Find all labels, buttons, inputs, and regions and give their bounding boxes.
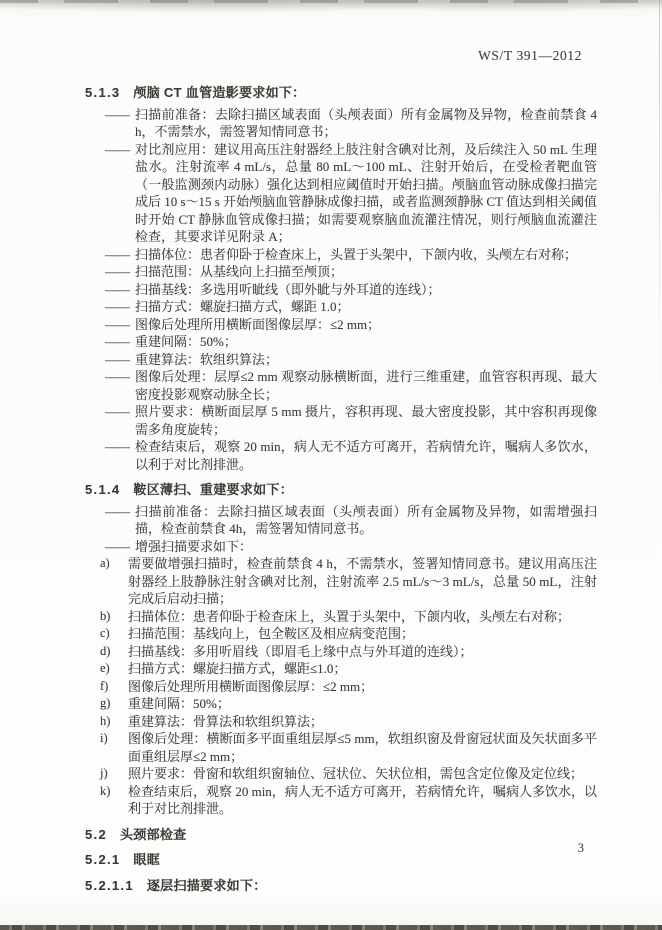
list-item: j)照片要求：骨窗和软组织窗轴位、冠状位、矢状位相，需包含定位像及定位线； [100,765,597,783]
item-text: 重建算法：软组织算法； [135,352,278,367]
dash-bullet: —— [105,538,129,556]
clause-number: 5.1.3 [85,85,120,100]
item-text: 检查结束后，观察 20 min，病人无不适方可离开，若病情允许，嘱病人多饮水，以… [128,784,597,817]
clause-title: 鞍区薄扫、重建要求如下： [133,482,293,497]
dash-bullet: —— [105,106,129,124]
list-item: ——扫描前准备：去除扫描区域表面（头颅表面）所有金属物及异物，如需增强扫描，检查… [105,503,597,538]
letter-label: d) [100,643,110,661]
letter-label: e) [100,660,110,678]
dash-bullet: —— [105,403,129,421]
dash-bullet: —— [105,246,129,264]
scanned-document-page: WS/T 391—2012 5.1.3颅脑 CT 血管造影要求如下：——扫描前准… [0,0,662,930]
list-item: ——照片要求：横断面层厚 5 mm 摄片，容积再现、最大密度投影，其中容积再现像… [105,403,597,438]
letter-label: g) [100,695,110,713]
clause-number: 5.2.1 [85,852,120,867]
clause-title: 颅脑 CT 血管造影要求如下： [133,85,305,100]
list-item: ——检查结束后，观察 20 min，病人无不适方可离开，若病情允许，嘱病人多饮水… [105,438,597,473]
dash-bullet: —— [105,263,129,281]
clause-heading: 5.2.1.1逐层扫描要求如下： [85,877,597,895]
dash-bullet: —— [105,141,129,159]
clause-number: 5.2.1.1 [85,878,134,893]
letter-label: a) [100,555,110,573]
page-header: WS/T 391—2012 [0,48,662,64]
list-item: ——扫描范围：从基线向上扫描至颅顶； [105,263,597,281]
list-item: f)图像后处理所用横断面图像层厚：≤2 mm； [100,678,597,696]
clause-heading: 5.1.3颅脑 CT 血管造影要求如下： [85,84,597,102]
dash-bullet: —— [105,333,129,351]
clause-heading: 5.2头颈部检查 [85,826,597,844]
list-item: ——增强扫描要求如下： [105,538,597,556]
list-item: e)扫描方式：螺旋扫描方式，螺距≤1.0； [100,660,597,678]
item-text: 扫描前准备：去除扫描区域表面（头颅表面）所有金属物及异物，如需增强扫描，检查前禁… [135,504,597,537]
item-text: 扫描范围：基线向上，包全鞍区及相应病变范围； [128,626,414,641]
letter-label: h) [100,713,110,731]
clause-number: 5.1.4 [85,482,120,497]
item-text: 图像后处理：层厚≤2 mm 观察动脉横断面，进行三维重建，血管容积再现、最大密度… [135,369,597,402]
list-item: ——扫描方式：螺旋扫描方式，螺距 1.0； [105,298,597,316]
dash-bullet: —— [105,503,129,521]
item-text: 图像后处理：横断面多平面重组层厚≤5 mm，软组织窗及骨窗冠状面及矢状面多平面重… [128,731,597,764]
scan-artifact-bottom-edge [0,925,662,930]
item-text: 增强扫描要求如下： [135,539,252,554]
item-text: 图像后处理所用横断面图像层厚：≤2 mm； [128,679,373,694]
item-text: 扫描方式：螺旋扫描方式，螺距 1.0； [135,299,350,314]
dash-bullet: —— [105,281,129,299]
dash-bullet: —— [105,438,129,456]
list-item: ——重建间隔：50%； [105,333,597,351]
document-body: 5.1.3颅脑 CT 血管造影要求如下：——扫描前准备：去除扫描区域表面（头颅表… [85,76,597,898]
item-text: 对比剂应用：建议用高压注射器经上肢注射含碘对比剂，及后续注入 50 mL 生理盐… [135,142,597,245]
list-item: ——重建算法：软组织算法； [105,351,597,369]
item-text: 照片要求：骨窗和软组织窗轴位、冠状位、矢状位相，需包含定位像及定位线； [128,766,583,781]
clause-title: 眼眶 [133,852,160,867]
list-item: a)需要做增强扫描时，检查前禁食 4 h，不需禁水，签署知情同意书。建议用高压注… [100,555,597,608]
item-text: 扫描体位：患者仰卧于检查床上，头置于头架中，下颌内收，头颅左右对称； [128,609,570,624]
scan-artifact-top-edge [0,0,662,17]
letter-label: f) [100,678,108,696]
list-item: ——扫描前准备：去除扫描区域表面（头颅表面）所有金属物及异物，检查前禁食 4 h… [105,106,597,141]
list-item: ——图像后处理所用横断面图像层厚：≤2 mm； [105,316,597,334]
list-item: ——对比剂应用：建议用高压注射器经上肢注射含碘对比剂，及后续注入 50 mL 生… [105,141,597,246]
clause-number: 5.2 [85,827,107,842]
list-item: ——扫描基线：多选用听眦线（即外眦与外耳道的连线）； [105,281,597,299]
dash-bullet: —— [105,298,129,316]
item-text: 照片要求：横断面层厚 5 mm 摄片，容积再现、最大密度投影，其中容积再现像需多… [135,404,597,437]
item-text: 重建间隔：50%； [128,696,230,711]
letter-label: j) [100,765,108,783]
page-number: 3 [578,841,584,856]
clause-title: 逐层扫描要求如下： [147,878,267,893]
list-item: i)图像后处理：横断面多平面重组层厚≤5 mm，软组织窗及骨窗冠状面及矢状面多平… [100,730,597,765]
list-item: k)检查结束后，观察 20 min，病人无不适方可离开，若病情允许，嘱病人多饮水… [100,783,597,818]
scan-artifact-right-edge [659,0,660,430]
standard-code: WS/T 391—2012 [478,48,582,63]
letter-label: i) [100,730,108,748]
item-text: 扫描体位：患者仰卧于检查床上，头置于头架中，下颌内收，头颅左右对称； [135,247,577,262]
item-text: 图像后处理所用横断面图像层厚：≤2 mm； [135,317,380,332]
item-text: 扫描基线：多用听眉线（即眉毛上缘中点与外耳道的连线）； [128,644,473,659]
list-item: h)重建算法：骨算法和软组织算法； [100,713,597,731]
list-item: g)重建间隔：50%； [100,695,597,713]
letter-label: k) [100,783,110,801]
item-text: 重建算法：骨算法和软组织算法； [128,714,323,729]
letter-label: b) [100,608,110,626]
clause-title: 头颈部检查 [120,827,187,842]
item-text: 扫描基线：多选用听眦线（即外眦与外耳道的连线）； [135,282,441,297]
clause-heading: 5.1.4鞍区薄扫、重建要求如下： [85,481,597,499]
item-text: 扫描范围：从基线向上扫描至颅顶； [135,264,343,279]
list-item: d)扫描基线：多用听眉线（即眉毛上缘中点与外耳道的连线）； [100,643,597,661]
item-text: 需要做增强扫描时，检查前禁食 4 h，不需禁水，签署知情同意书。建议用高压注射器… [128,556,597,606]
letter-label: c) [100,625,110,643]
dash-bullet: —— [105,351,129,369]
clause-heading: 5.2.1眼眶 [85,851,597,869]
list-item: ——图像后处理：层厚≤2 mm 观察动脉横断面，进行三维重建，血管容积再现、最大… [105,368,597,403]
dash-bullet: —— [105,316,129,334]
list-item: b)扫描体位：患者仰卧于检查床上，头置于头架中，下颌内收，头颅左右对称； [100,608,597,626]
item-text: 检查结束后，观察 20 min，病人无不适方可离开，若病情允许，嘱病人多饮水，以… [135,439,597,472]
item-text: 重建间隔：50%； [135,334,237,349]
list-item: ——扫描体位：患者仰卧于检查床上，头置于头架中，下颌内收，头颅左右对称； [105,246,597,264]
list-item: c)扫描范围：基线向上，包全鞍区及相应病变范围； [100,625,597,643]
item-text: 扫描方式：螺旋扫描方式，螺距≤1.0； [128,661,346,676]
dash-bullet: —— [105,368,129,386]
item-text: 扫描前准备：去除扫描区域表面（头颅表面）所有金属物及异物，检查前禁食 4 h，不… [135,107,597,140]
